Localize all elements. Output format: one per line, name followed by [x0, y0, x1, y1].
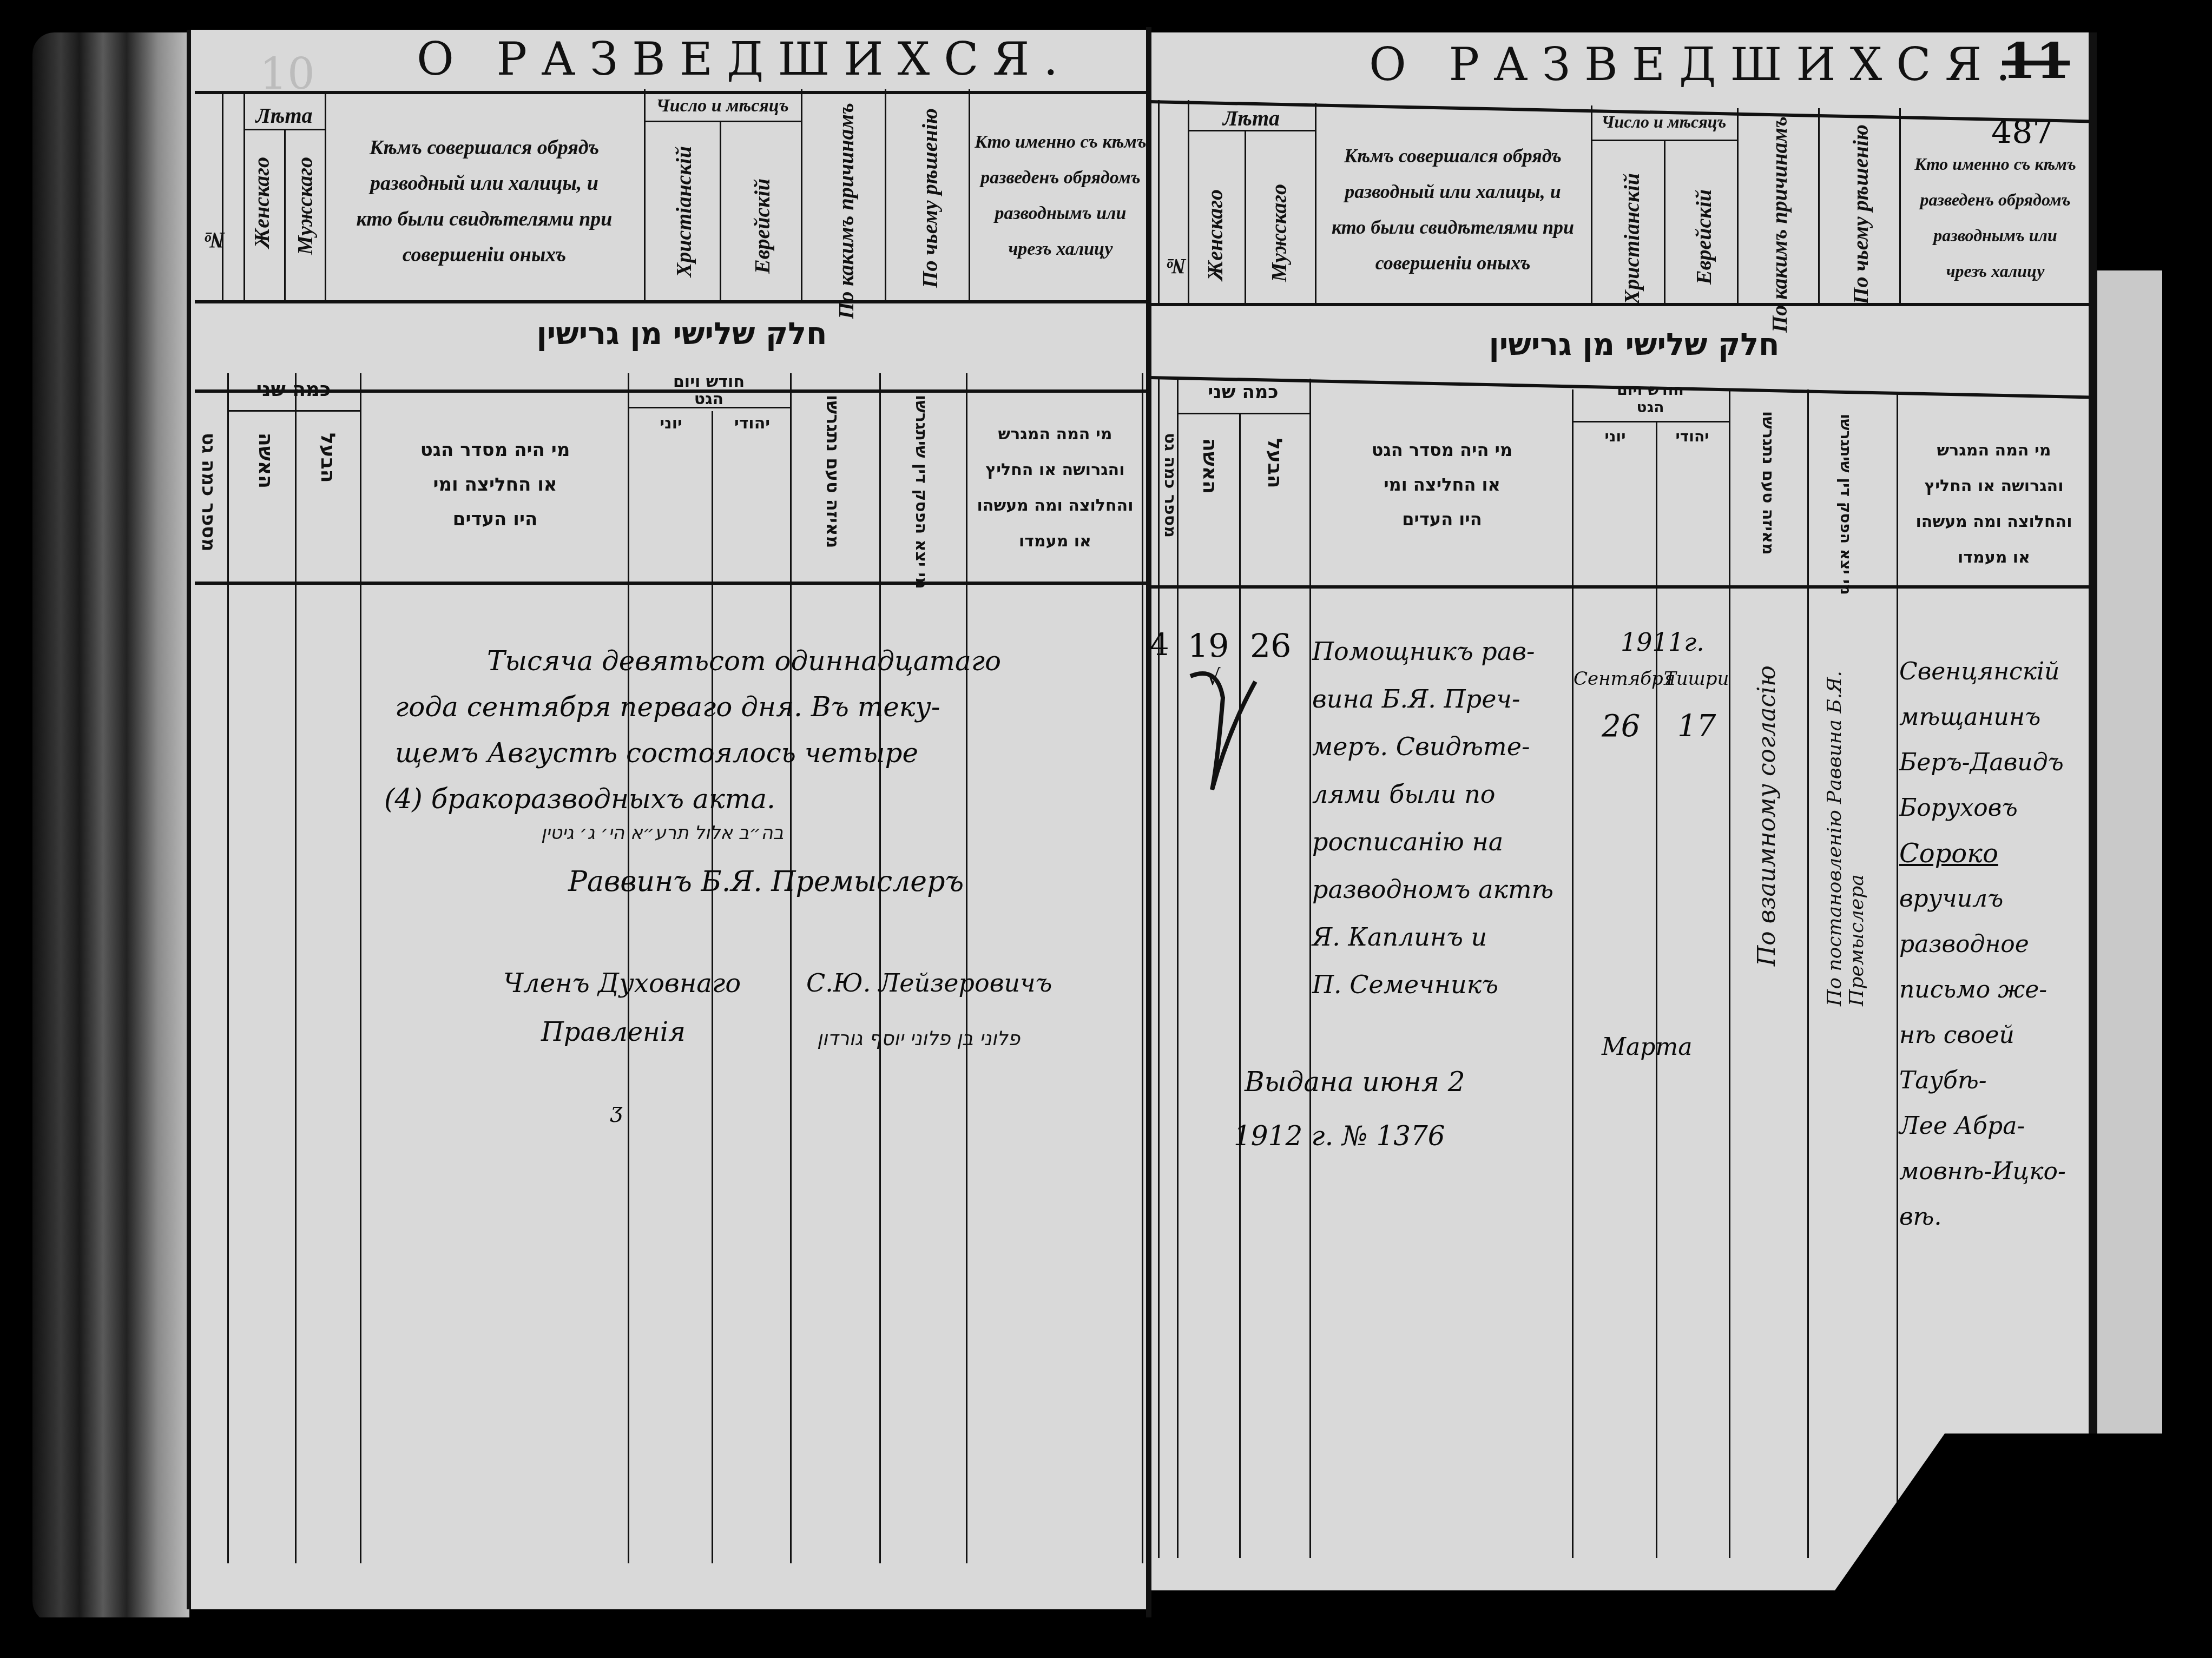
- subrule: [1572, 421, 1729, 422]
- col-divider: [1664, 141, 1665, 303]
- who-divorced-cell: Свенцянскій мѣщанинъ Беръ-Давидъ Борухов…: [1899, 649, 2094, 1240]
- heb-header-wife: האשה: [1199, 438, 1221, 494]
- col-divider: [325, 92, 326, 300]
- heb-header-ruling: מי יצא הפסק דין שיתגרשו: [912, 395, 931, 589]
- board-member-signature: С.Ю. Лейзеровичъ: [806, 968, 1052, 998]
- page-number: 11: [2002, 32, 2070, 90]
- issued-note: Выдана июня 2 1912 г. № 1376: [1245, 1055, 1465, 1163]
- rabbi-signature: Раввинъ Б.Я. Премыслеръ: [568, 866, 964, 898]
- header-decision: По чьему рѣшенію: [1848, 124, 1873, 305]
- col-divider: [1737, 108, 1739, 303]
- hebrew-note: בה״ב אלול תרע״א הי׳ ג׳ גיטין: [541, 822, 784, 844]
- heb-header-who-arranged: מי היה מסדר הגט או החליצה ומי היו העדים: [1312, 433, 1572, 537]
- jewish-month: Тишри: [1664, 668, 1729, 690]
- gregorian-note: Марта: [1602, 1033, 1692, 1061]
- col-divider: [969, 89, 970, 300]
- col-divider: [720, 122, 721, 300]
- heb-header-number: מספר כמה גט: [198, 433, 219, 552]
- board-member-label-line2: Правленія: [541, 1017, 686, 1047]
- year: 1911г.: [1621, 627, 1704, 657]
- col-divider: [1245, 130, 1246, 303]
- col-divider: [1807, 389, 1809, 1558]
- col-divider: [885, 89, 886, 300]
- header-decision: По чьему рѣшенію: [917, 108, 943, 288]
- heb-header-gregorian: יוני: [1583, 427, 1648, 445]
- col-divider: [1899, 108, 1901, 303]
- jewish-day: 17: [1677, 709, 1716, 744]
- col-divider: [801, 89, 802, 300]
- col-divider: [227, 373, 229, 1563]
- header-jewish: Еврейскій: [1691, 189, 1716, 285]
- left-entry-text: Тысяча девятьсот одиннадцатаго года сент…: [476, 638, 1001, 822]
- header-date: Число и мѣсяцъ: [1591, 105, 1737, 138]
- heb-header-gregorian: יוני: [644, 414, 698, 433]
- heb-header-number: מספר כמה גט: [1161, 433, 1180, 538]
- col-divider: [1239, 414, 1241, 1558]
- subrule: [1591, 140, 1737, 141]
- header-who-divorced: Кто именно съ кѣмъ разведенъ обрядомъ ра…: [1902, 146, 2089, 289]
- col-divider: [1897, 392, 1898, 1558]
- col-divider: [222, 92, 223, 300]
- book-spine-edge: [32, 32, 189, 1623]
- heb-header-jewish-date: יהודי: [720, 414, 785, 433]
- header-female: Женскаго: [249, 157, 274, 248]
- heb-header-who-arranged: מי היה מסדר הגט או החליצה ומי היו העדים: [363, 433, 628, 537]
- subrule: [1177, 413, 1309, 414]
- who-performed-cell: Помощникъ рав- вина Б.Я. Преч- меръ. Сви…: [1312, 627, 1572, 1008]
- col-divider: [1818, 108, 1820, 303]
- decision-cell: По постановленію Раввина Б.Я. Премыслера: [1823, 649, 1883, 1006]
- col-divider: [1142, 373, 1143, 1563]
- age-female: 19: [1188, 627, 1229, 665]
- col-divider: [295, 373, 297, 1563]
- heb-header-ages: כמה שני: [227, 379, 360, 401]
- rule: [195, 300, 1147, 303]
- board-member-label-line1: Членъ Духовнаго: [503, 968, 741, 999]
- heb-header-reason: מאיזה טעם נתגרשו: [1759, 411, 1778, 555]
- left-page-title: О РАЗВЕДШИХСЯ.: [417, 32, 1072, 85]
- header-who-performed: Кѣмъ совершался обрядъ разводный или хал…: [1318, 138, 1588, 281]
- header-christian: Христіанскій: [671, 146, 696, 278]
- heb-header-husband: הבעל: [317, 433, 339, 483]
- col-divider: [1572, 389, 1574, 1558]
- header-reasons: По какимъ причинамъ: [833, 103, 859, 319]
- heb-header-date: חודש ויום הגט: [628, 373, 790, 408]
- right-page-title: О РАЗВЕДШИХСЯ.: [1369, 38, 2024, 91]
- heb-header-jewish-date: יהודי: [1658, 427, 1726, 445]
- heb-header-reason: מאיזה טעם נתגרשו: [822, 395, 843, 548]
- heb-header-ages: כמה שני: [1177, 381, 1309, 403]
- header-who-divorced: Кто именно съ кѣмъ разведенъ обрядомъ ра…: [971, 124, 1150, 267]
- heb-header-wife: האשה: [254, 433, 276, 488]
- loose-page-flap: [2094, 270, 2162, 1461]
- hebrew-signature: פלוני בן פלוני יוסף גורדון: [817, 1028, 1020, 1050]
- header-date: Число и мѣсяцъ: [644, 91, 801, 121]
- heb-header-husband: הבעל: [1263, 438, 1286, 488]
- age-male: 26: [1250, 627, 1291, 665]
- reason-cell: По взаимному согласію: [1753, 665, 1781, 966]
- stroke-mark-icon: [1185, 665, 1261, 795]
- col-divider: [284, 130, 286, 300]
- header-reasons: По какимъ причинамъ: [1767, 116, 1792, 333]
- entry-number: 4: [1150, 627, 1169, 663]
- header-years: Лѣта: [1188, 97, 1315, 140]
- bottom-shadow: [0, 1617, 2212, 1658]
- col-divider: [790, 373, 792, 1563]
- header-number: №: [1163, 254, 1189, 279]
- header-female: Женскаго: [1202, 189, 1228, 280]
- heb-header-who-divorced: מי המה המגרש והגרושה או החליץ והחלוצה ומ…: [969, 417, 1142, 559]
- heb-header-who-divorced: מי המה המגרש והגרושה או החליץ והחלוצה ומ…: [1899, 433, 2089, 576]
- col-divider: [1729, 389, 1730, 1558]
- small-mark: ʒ: [610, 1098, 623, 1123]
- header-christian: Христіанскій: [1619, 173, 1644, 305]
- header-number: №: [201, 227, 227, 252]
- left-section-title: חלק שלישי מן גרישין: [519, 316, 844, 352]
- col-divider: [1158, 379, 1160, 1558]
- col-divider: [1309, 379, 1311, 1558]
- subrule: [227, 410, 360, 412]
- rule: [195, 582, 1147, 585]
- header-male: Мужскаго: [292, 157, 318, 255]
- right-section-title: חלק שלישי מן גרישין: [1483, 327, 1786, 362]
- christian-month: Сентября: [1574, 668, 1675, 690]
- header-jewish: Еврейскій: [749, 179, 775, 274]
- header-years: Лѣта: [243, 95, 325, 137]
- christian-day: 26: [1602, 709, 1640, 744]
- heb-header-date: חודש ויום הגט: [1572, 381, 1729, 416]
- col-divider: [1177, 379, 1179, 1558]
- col-divider: [1158, 100, 1160, 303]
- col-divider: [1315, 103, 1316, 303]
- col-divider: [1656, 422, 1657, 1558]
- col-divider: [360, 373, 361, 1563]
- header-who-performed: Кѣмъ совершался обрядъ разводный или хал…: [330, 130, 638, 273]
- heb-header-ruling: מי יצא הפסק דין שיתגרשו: [1837, 414, 1855, 595]
- rule: [1150, 585, 2091, 589]
- header-male: Мужскаго: [1266, 184, 1292, 282]
